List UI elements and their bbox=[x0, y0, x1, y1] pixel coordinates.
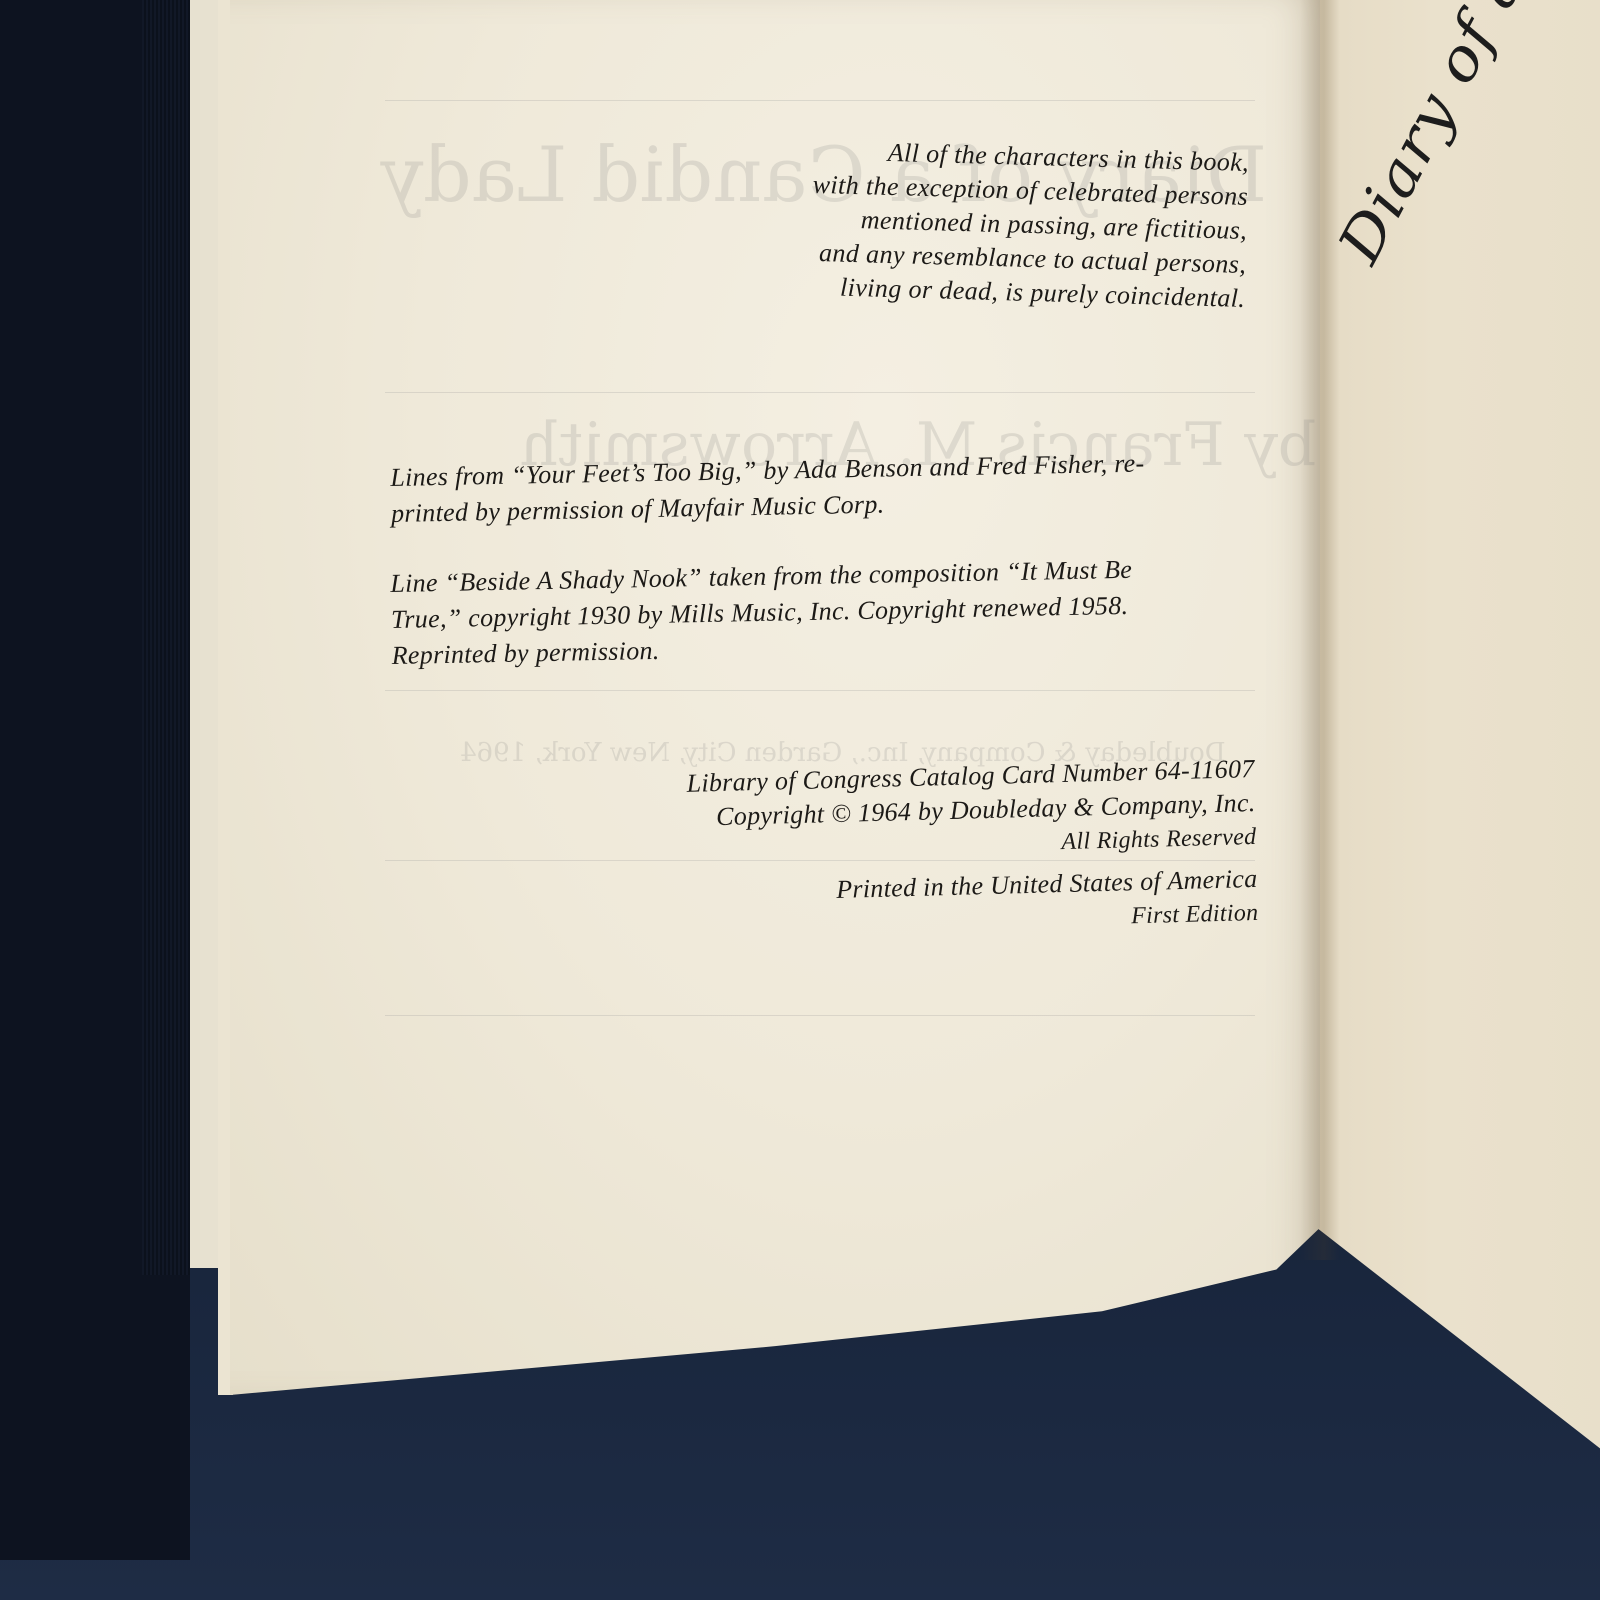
gutter-shadow bbox=[1300, 0, 1340, 1260]
cover-cloth-edge bbox=[142, 0, 190, 1275]
fiction-disclaimer: All of the characters in this book, with… bbox=[810, 134, 1250, 316]
show-through-rule bbox=[385, 1015, 1255, 1016]
permission-credit-1: Lines from “Your Feet’s Too Big,” by Ada… bbox=[390, 446, 1145, 532]
show-through-rule bbox=[385, 690, 1255, 691]
show-through-rule bbox=[385, 100, 1255, 101]
permission-credit-2: Line “Beside A Shady Nook” taken from th… bbox=[390, 552, 1134, 674]
imprint-block: Library of Congress Catalog Card Number … bbox=[686, 752, 1259, 945]
book-photo: Diary of a C Diary of a Candid Lady by F… bbox=[0, 0, 1600, 1600]
show-through-rule bbox=[385, 392, 1255, 393]
